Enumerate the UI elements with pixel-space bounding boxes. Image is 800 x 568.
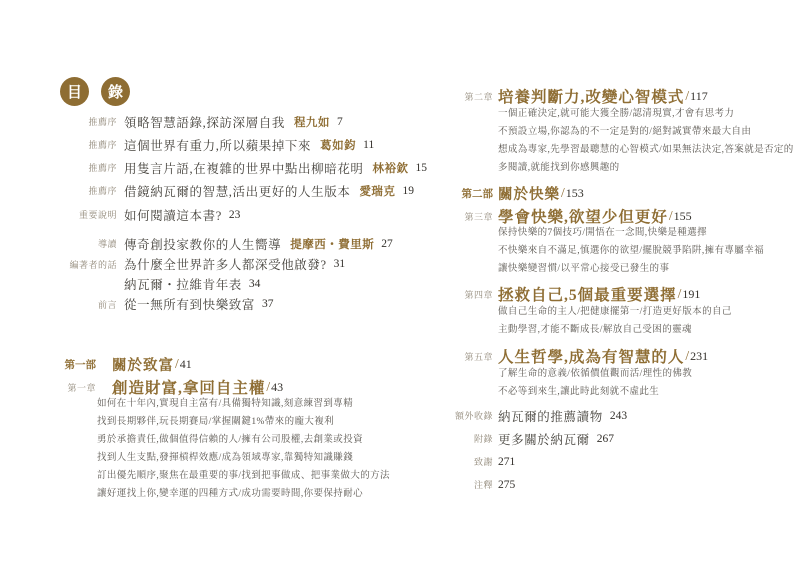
toc-entry: 注釋 275 (455, 474, 785, 495)
entry-label: 導讀 (60, 237, 117, 250)
topic-line: 保持快樂的7個技巧/開悟在一念間,快樂是種選擇 (498, 224, 785, 242)
chapter-page-number: 191 (682, 287, 700, 302)
toc-entry: 編著者的話 為什麼全世界許多人都深受他啟發? 31 (60, 254, 410, 274)
entry-page-number: 19 (402, 185, 414, 197)
entry-label: 重要說明 (60, 208, 117, 221)
entry-page-number: 34 (249, 278, 261, 290)
back-matter-list: 額外收錄 納瓦爾的推薦讀物 243 附錄 更多關於納瓦爾 267 致謝 271 … (455, 405, 785, 495)
entry-label: 推薦序 (60, 115, 117, 128)
entry-title: 這個世界有重力,所以蘋果掉下來 (124, 136, 311, 154)
entry-page-number: 31 (334, 258, 346, 270)
toc-entry: 致謝 271 (455, 451, 785, 472)
topic-line: 一個正確決定,就可能大獲全勝/認清現實,才會有思考力 (498, 105, 785, 123)
entry-page-number: 275 (498, 479, 515, 491)
topic-line: 不必等到來生,讓此時此刻就不虛此生 (498, 383, 785, 401)
entry-author: 葛如鈞 (320, 137, 356, 153)
slash-separator: / (678, 286, 682, 302)
topic-line: 找到人生支點,發揮槓桿效應/成為領域專家,靠獨特知識賺錢 (97, 449, 410, 467)
toc-entry: 推薦序 借鏡納瓦爾的智慧,活出更好的人生版本 愛瑞克 19 (60, 179, 410, 202)
part-number-label: 第二部 (455, 186, 493, 201)
part-title: 關於快樂 (498, 183, 560, 204)
topic-line: 讓好運找上你,變幸運的四種方式/成功需要時間,你要保持耐心 (97, 485, 410, 503)
topic-line: 找到長期夥伴,玩長期賽局/掌握關鍵1%帶來的龐大複利 (97, 413, 410, 431)
toc-seal-icon: 錄 (101, 77, 130, 106)
chapter-page-number: 43 (271, 380, 283, 395)
chapter-topics: 保持快樂的7個技巧/開悟在一念間,快樂是種選擇 不快樂來自不滿足,慎選你的欲望/… (498, 224, 785, 278)
slash-separator: / (266, 379, 270, 395)
chapter-number-label: 第五章 (455, 350, 493, 363)
chapter-title: 培養判斷力,改變心智模式 (498, 85, 684, 107)
entry-page-number: 11 (363, 139, 374, 151)
entry-title: 用隻言片語,在複雜的世界中點出柳暗花明 (124, 159, 364, 177)
part-page-number: 41 (180, 357, 192, 372)
slash-separator: / (669, 208, 673, 224)
toc-entry: 重要說明 如何閱讀這本書? 23 (60, 204, 410, 225)
chapter-page-number: 231 (690, 349, 708, 364)
topic-line: 主動學習,才能不斷成長/解放自己受困的靈魂 (498, 321, 785, 339)
slash-separator: / (561, 185, 565, 201)
toc-right-column: 第二章 培養判斷力,改變心智模式/117 一個正確決定,就可能大獲全勝/認清現實… (455, 84, 785, 495)
entry-page-number: 23 (229, 209, 241, 221)
front-matter-list: 推薦序 領略智慧語錄,探訪深層自我 程九如 7 推薦序 這個世界有重力,所以蘋果… (60, 110, 410, 314)
topic-line: 如何在十年內,實現自主富有/具備獨特知識,刻意練習到專精 (97, 395, 410, 413)
entry-label: 編著者的話 (60, 258, 117, 271)
chapter-page-number: 155 (674, 209, 692, 224)
topic-line: 讓快樂變習慣/以平常心接受已發生的事 (498, 260, 785, 278)
entry-author: 林裕欽 (373, 160, 409, 176)
toc-entry: 導讀 傳奇創投家教你的人生嚮導 提摩西・費里斯 27 (60, 233, 410, 254)
entry-page-number: 7 (337, 116, 343, 128)
entry-title: 傳奇創投家教你的人生嚮導 (124, 235, 281, 253)
topic-line: 了解生命的意義/依循價值觀而活/理性的佛教 (498, 365, 785, 383)
entry-author: 愛瑞克 (359, 183, 395, 199)
chapter-topics: 了解生命的意義/依循價值觀而活/理性的佛教 不必等到來生,讓此時此刻就不虛此生 (498, 365, 785, 401)
toc-entry: 推薦序 用隻言片語,在複雜的世界中點出柳暗花明 林裕欽 15 (60, 156, 410, 179)
part-number-label: 第一部 (60, 357, 96, 372)
book-toc-page: 目 錄 推薦序 領略智慧語錄,探訪深層自我 程九如 7 推薦序 這個世界有重力,… (0, 0, 800, 568)
part-heading: 第一部 關於致富/41 (60, 352, 410, 376)
chapter-number-label: 第二章 (455, 90, 493, 103)
topic-line: 不預設立場,你認為的不一定是對的/絕對誠實帶來最大自由 (498, 123, 785, 141)
chapter-title: 人生哲學,成為有智慧的人 (498, 345, 684, 367)
entry-label: 推薦序 (60, 161, 117, 174)
chapter-number-label: 第四章 (455, 288, 493, 301)
topic-line: 不快樂來自不滿足,慎選你的欲望/擺脫競爭陷阱,擁有專屬幸福 (498, 242, 785, 260)
entry-page-number: 267 (597, 433, 614, 445)
entry-page-number: 37 (262, 298, 274, 310)
toc-entry: 附錄 更多關於納瓦爾 267 (455, 428, 785, 449)
entry-title: 從一無所有到快樂致富 (124, 295, 255, 313)
entry-label: 推薦序 (60, 138, 117, 151)
entry-author: 程九如 (294, 114, 330, 130)
chapter-number-label: 第一章 (60, 381, 96, 394)
entry-page-number: 15 (416, 162, 428, 174)
toc-left-column: 目 錄 推薦序 領略智慧語錄,探訪深層自我 程九如 7 推薦序 這個世界有重力,… (60, 77, 410, 503)
toc-entry: 納瓦爾・拉維肯年表 34 (60, 274, 410, 294)
entry-label: 前言 (60, 298, 117, 311)
chapter-topics: 做自己生命的主人/把健康擺第一/打造更好版本的自己 主動學習,才能不斷成長/解放… (498, 303, 785, 339)
entry-label: 推薦序 (60, 184, 117, 197)
part-heading: 第二部 關於快樂/153 (455, 181, 785, 205)
slash-separator: / (175, 356, 179, 372)
toc-entry: 推薦序 領略智慧語錄,探訪深層自我 程九如 7 (60, 110, 410, 133)
entry-label: 致謝 (455, 455, 493, 468)
topic-line: 多閱讀,就能找到你感興趣的 (498, 159, 785, 177)
entry-title: 領略智慧語錄,探訪深層自我 (124, 113, 285, 131)
slash-separator: / (685, 88, 689, 104)
toc-entry: 額外收錄 納瓦爾的推薦讀物 243 (455, 405, 785, 426)
page-title: 目 錄 (60, 77, 410, 105)
entry-author: 提摩西・費里斯 (290, 236, 374, 252)
entry-page-number: 271 (498, 456, 515, 468)
entry-label: 額外收錄 (455, 409, 493, 422)
entry-title: 更多關於納瓦爾 (498, 430, 590, 448)
entry-title: 借鏡納瓦爾的智慧,活出更好的人生版本 (124, 182, 350, 200)
chapter-title: 拯救自己,5個最重要選擇 (498, 283, 677, 305)
chapter-topics: 如何在十年內,實現自主富有/具備獨特知識,刻意練習到專精 找到長期夥伴,玩長期賽… (97, 395, 410, 503)
slash-separator: / (685, 348, 689, 364)
part-title: 關於致富 (112, 354, 174, 375)
entry-title: 納瓦爾的推薦讀物 (498, 407, 603, 425)
toc-entry: 前言 從一無所有到快樂致富 37 (60, 294, 410, 314)
chapter-topics: 一個正確決定,就可能大獲全勝/認清現實,才會有思考力 不預設立場,你認為的不一定… (498, 105, 785, 177)
topic-line: 訂出優先順序,聚焦在最重要的事/找到把事做成、把事業做大的方法 (97, 467, 410, 485)
toc-entry: 推薦序 這個世界有重力,所以蘋果掉下來 葛如鈞 11 (60, 133, 410, 156)
part-page-number: 153 (566, 186, 584, 201)
entry-label: 注釋 (455, 478, 493, 491)
entry-title: 如何閱讀這本書? (124, 206, 222, 224)
entry-page-number: 243 (610, 410, 627, 422)
entry-page-number: 27 (381, 238, 393, 250)
topic-line: 勇於承擔責任,做個值得信賴的人/擁有公司股權,去創業或投資 (97, 431, 410, 449)
topic-line: 想成為專家,先學習最聰慧的心智模式/如果無法決定,答案就是否定的 (498, 141, 785, 159)
entry-title: 納瓦爾・拉維肯年表 (124, 275, 242, 293)
chapter-page-number: 117 (690, 89, 708, 104)
entry-label: 附錄 (455, 432, 493, 445)
entry-title: 為什麼全世界許多人都深受他啟發? (124, 255, 327, 273)
topic-line: 做自己生命的主人/把健康擺第一/打造更好版本的自己 (498, 303, 785, 321)
toc-seal-icon: 目 (60, 77, 89, 106)
chapter-number-label: 第三章 (455, 210, 493, 223)
